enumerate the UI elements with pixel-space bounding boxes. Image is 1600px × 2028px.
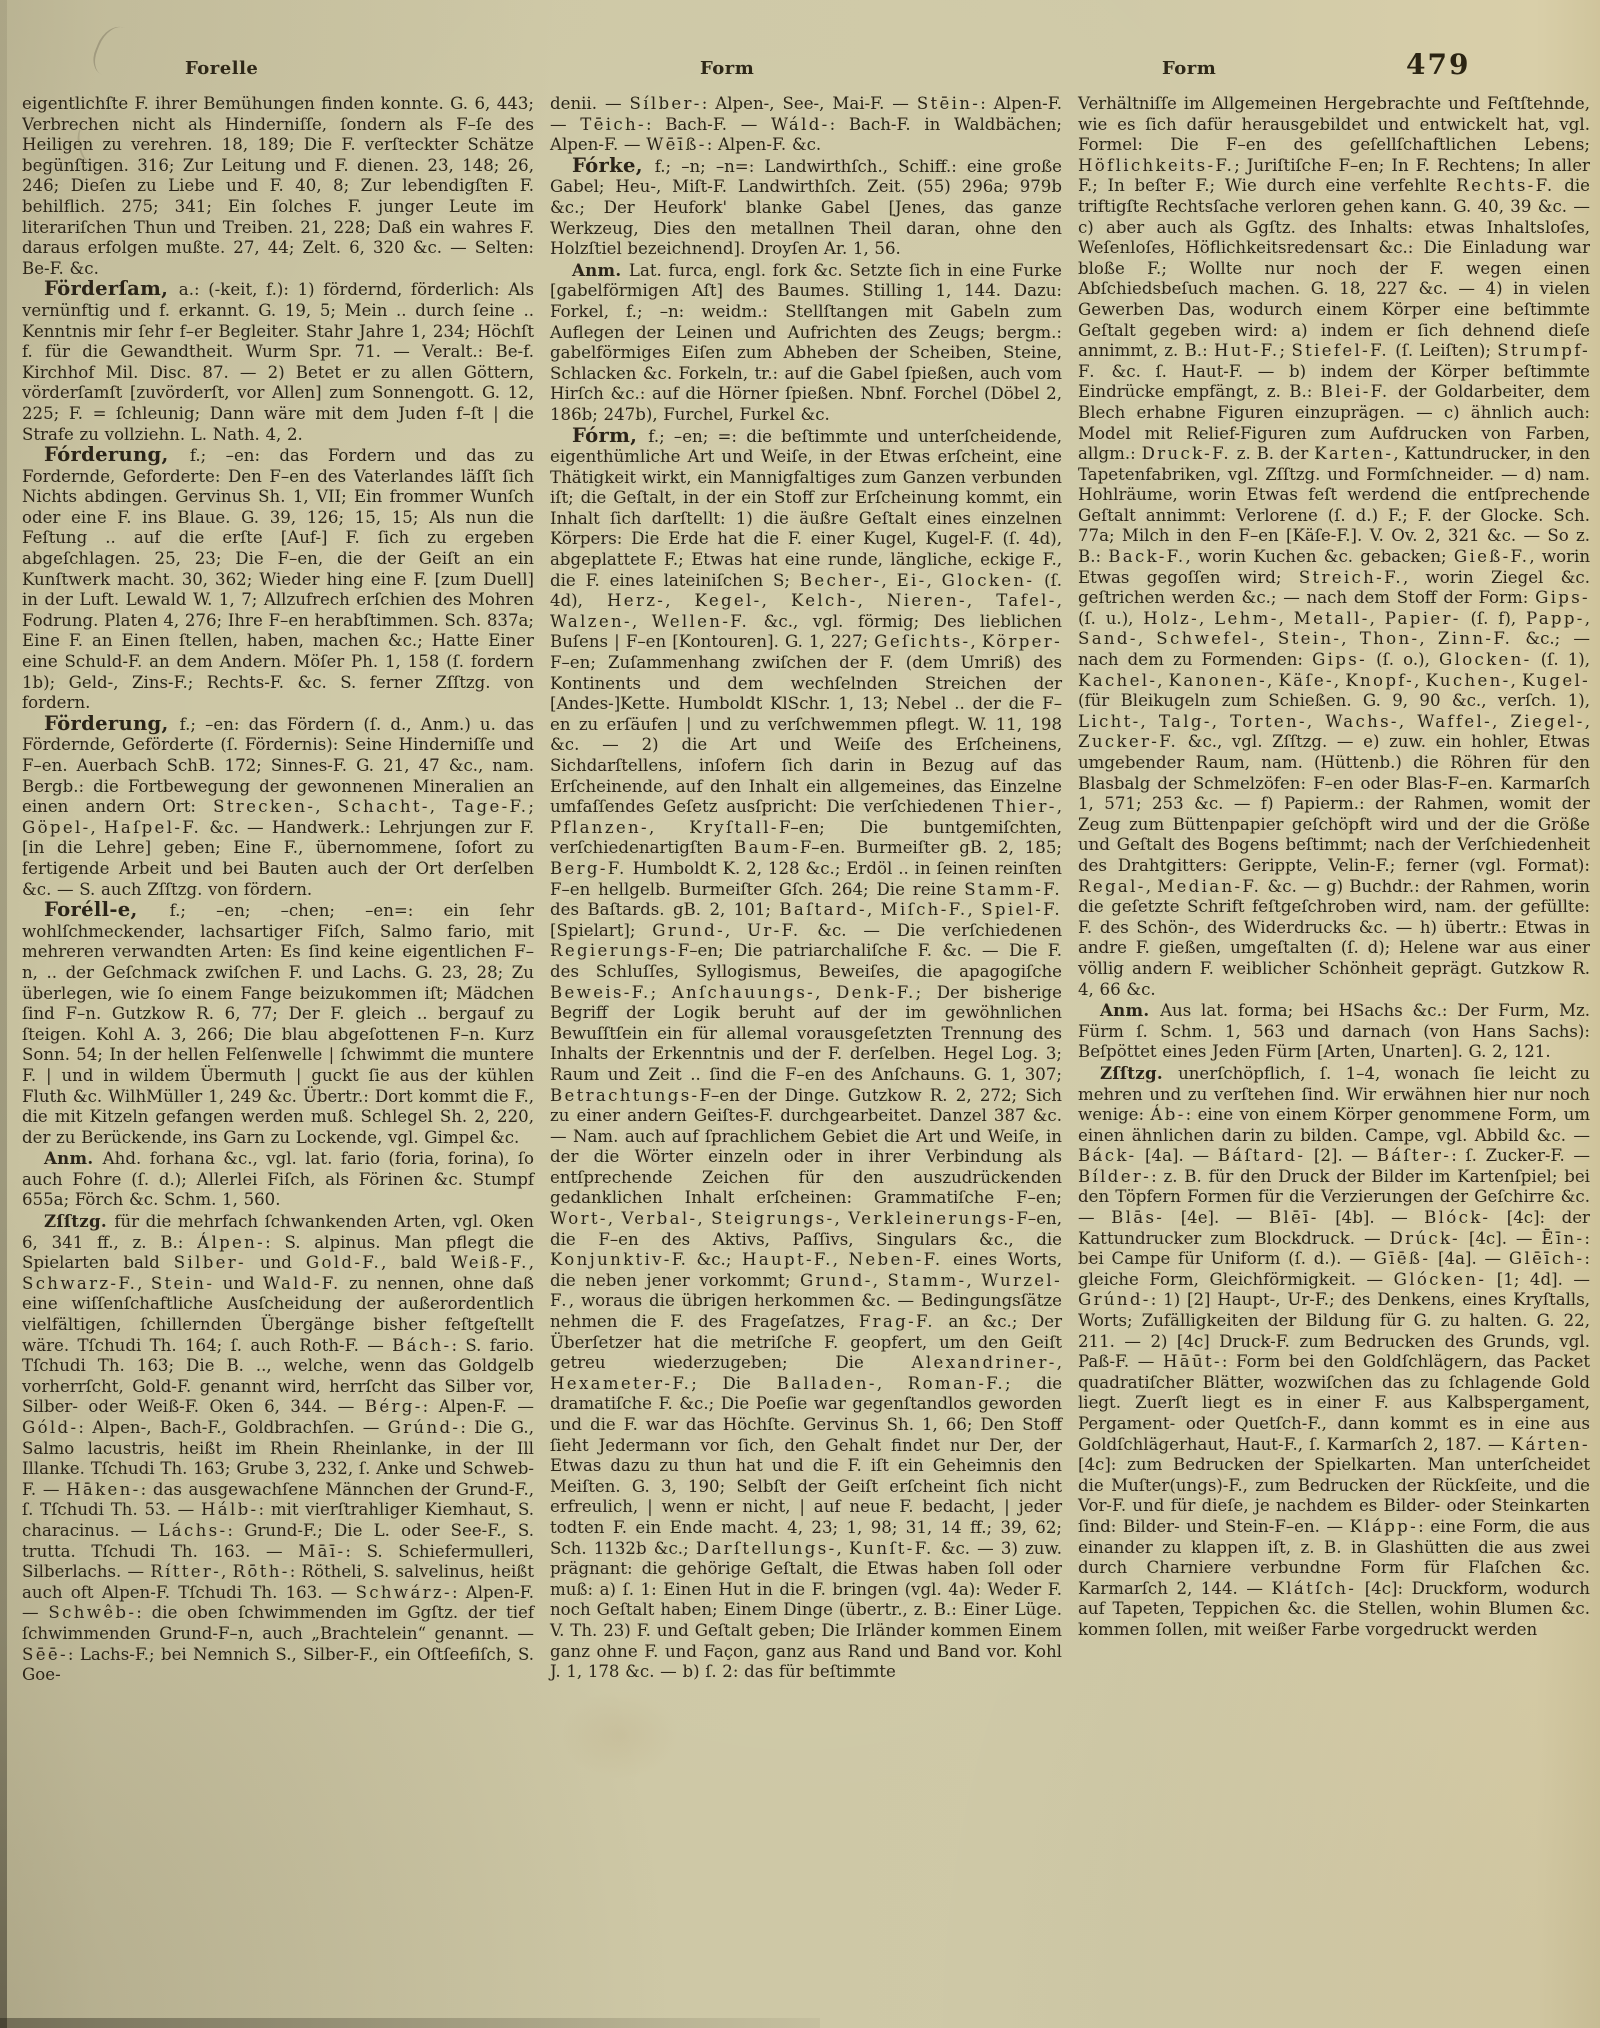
- compound-headword: Darſtellungs-: [696, 1539, 837, 1558]
- compound-headword: Geſichts-: [874, 632, 970, 651]
- compound-headword: Hálb-: [201, 1500, 259, 1519]
- compound-headword: Schwárz-: [356, 1583, 452, 1602]
- compound-headword: Käſe-: [1278, 671, 1333, 690]
- compound-headword: Regierungs-: [550, 941, 678, 960]
- compound-headword: Konjunktiv-: [550, 1250, 672, 1269]
- compound-headword: Schwarz-F.: [22, 1274, 137, 1293]
- compound-headword: Glocken-: [1439, 650, 1532, 669]
- compound-headword: Gold-F.: [306, 1253, 381, 1272]
- compound-headword: Tēich-: [580, 115, 646, 134]
- compound-headword: Áb-: [1150, 1105, 1185, 1124]
- compound-headword: Hāken-: [66, 1480, 140, 1499]
- compound-headword: Körper-: [982, 632, 1062, 651]
- compound-headword: Kelch-: [791, 591, 858, 610]
- compound-headword: Stein-: [1278, 629, 1341, 648]
- compound-headword: Ziegel-: [1510, 712, 1584, 731]
- entry-paragraph: Zſſtzg. unerſchöpflich, ſ. 1–4, wonach ſ…: [1078, 1063, 1590, 1641]
- compound-headword: Gips-: [1312, 650, 1367, 669]
- text-column-2: denii. — Sílber-: Alpen-, See-, Mai-F. —…: [550, 94, 1062, 1904]
- compound-headword: Góld-: [22, 1418, 78, 1437]
- compound-headword: Stiefel-F.: [1291, 341, 1388, 360]
- compound-headword: Kárten-: [1511, 1435, 1590, 1454]
- compound-headword: Torten-: [1230, 712, 1307, 731]
- compound-headword: Verkleinerungs-: [848, 1209, 1016, 1228]
- compound-headword: Druck-F.: [1142, 444, 1231, 463]
- entry-headword: Anm.: [44, 1148, 103, 1168]
- compound-headword: Lehm-: [1214, 609, 1279, 628]
- compound-headword: Grund-: [652, 921, 725, 940]
- entry-paragraph: Fórke, f.; –n; –n=: Landwirthſch., Schif…: [550, 156, 1062, 260]
- compound-headword: Baſtard-: [779, 900, 867, 919]
- compound-headword: Kunſt-F.: [849, 1539, 934, 1558]
- compound-headword: Metall-: [1294, 609, 1370, 628]
- compound-headword: Klápp-: [1350, 1517, 1418, 1536]
- compound-headword: Neben-F.: [849, 1250, 943, 1269]
- compound-headword: Blās-: [1111, 1208, 1164, 1227]
- text-column-3: Verhältniſſe im Allgemeinen Hergebrachte…: [1078, 94, 1590, 1904]
- entry-headword: Zſſtzg.: [44, 1211, 114, 1231]
- page-number: 479: [1406, 48, 1470, 81]
- compound-headword: Zinn-F.: [1438, 629, 1512, 648]
- compound-headword: Glēīch-: [1509, 1249, 1585, 1268]
- pencil-scribble: [88, 21, 143, 83]
- compound-headword: Tage-F.: [452, 797, 528, 816]
- compound-headword: Kegel-: [695, 591, 762, 610]
- compound-headword: Back-F.: [1108, 547, 1185, 566]
- compound-headword: Pflanzen-: [550, 818, 649, 837]
- compound-headword: Schacht-: [338, 797, 430, 816]
- compound-headword: Grúnd-: [1078, 1290, 1151, 1309]
- compound-headword: Verbal-: [621, 1209, 697, 1228]
- compound-headword: Roman-F.: [908, 1374, 1005, 1393]
- entry-headword: Anm.: [1100, 1000, 1160, 1020]
- compound-headword: Grúnd-: [388, 1418, 461, 1437]
- compound-headword: Haſpel-F.: [104, 818, 201, 837]
- entry-headword: Förderſam,: [44, 277, 179, 300]
- compound-headword: Bérg-: [365, 1397, 423, 1416]
- compound-headword: Bílder-: [1078, 1167, 1151, 1186]
- compound-headword: Anſchauungs-: [672, 983, 815, 1002]
- compound-headword: Sand-: [1078, 629, 1138, 648]
- compound-headword: Wachs-: [1325, 712, 1399, 731]
- compound-headword: Klátſch-: [1272, 1579, 1357, 1598]
- compound-headword: Glócken-: [1394, 1270, 1487, 1289]
- compound-headword: Berg-F.: [550, 859, 627, 878]
- compound-headword: Alexandriner-: [912, 1353, 1057, 1372]
- compound-headword: Wellen-F.: [652, 612, 749, 631]
- scan-edge-left: [0, 0, 7, 2028]
- compound-headword: Zucker-F.: [1078, 732, 1178, 751]
- compound-headword: Balladen-: [777, 1374, 877, 1393]
- entry-headword: Anm.: [572, 260, 629, 280]
- compound-headword: Gips-: [1535, 588, 1590, 607]
- compound-headword: Waffel-: [1417, 712, 1492, 731]
- compound-headword: Thon-: [1360, 629, 1420, 648]
- compound-headword: Höflichkeits-F.: [1078, 156, 1234, 175]
- compound-headword: Álpen-: [197, 1233, 265, 1252]
- compound-headword: Rítter-: [150, 1562, 221, 1581]
- compound-headword: Tafel-: [996, 591, 1057, 610]
- entry-headword: Fórderung,: [44, 443, 190, 466]
- compound-headword: Miſch-F.: [881, 900, 968, 919]
- entry-headword: Zſſtzg.: [1100, 1063, 1178, 1083]
- compound-headword: Báſtard-: [1218, 1146, 1306, 1165]
- compound-headword: Herz-: [607, 591, 665, 610]
- entry-paragraph: Förderſam, a.: (-keit, f.): 1) fördernd,…: [22, 279, 534, 445]
- compound-headword: Grund-: [800, 1271, 873, 1290]
- compound-headword: Láchs-: [158, 1521, 227, 1540]
- compound-headword: Báſter-: [1377, 1146, 1452, 1165]
- compound-headword: Haupt-F.: [742, 1250, 833, 1269]
- compound-headword: Kugel-: [1522, 671, 1590, 690]
- entry-headword: Foréll-e,: [44, 898, 170, 921]
- running-head-left: Forelle: [185, 58, 258, 79]
- compound-headword: Stamm-: [888, 1271, 967, 1290]
- compound-headword: Stēin-: [917, 94, 980, 113]
- entry-paragraph: Anm. Ahd. forhana &c., vgl. lat. fario (…: [22, 1148, 534, 1211]
- compound-headword: Licht-: [1078, 712, 1141, 731]
- compound-headword: Báck-: [1078, 1146, 1136, 1165]
- paragraph-continuation: eigentlichſte F. ihrer Bemühungen finden…: [22, 94, 534, 279]
- compound-headword: Hut-F.: [1214, 341, 1280, 360]
- compound-headword: Kachel-: [1078, 671, 1157, 690]
- compound-headword: Papp-: [1526, 609, 1585, 628]
- compound-headword: Denk-F.: [836, 983, 916, 1002]
- text-columns: eigentlichſte F. ihrer Bemühungen finden…: [22, 94, 1590, 1904]
- compound-headword: Papier-: [1385, 609, 1461, 628]
- compound-headword: Drúck-: [1389, 1229, 1460, 1248]
- entry-headword: Förderung,: [44, 712, 180, 735]
- paragraph-continuation: denii. — Sílber-: Alpen-, See-, Mai-F. —…: [550, 94, 1062, 156]
- compound-headword: Spiel-F.: [981, 900, 1062, 919]
- compound-headword: Māī-: [298, 1542, 345, 1561]
- compound-headword: Kryſtall-: [689, 818, 779, 837]
- compound-headword: Silber-: [174, 1253, 246, 1272]
- compound-headword: Kanonen-: [1169, 671, 1267, 690]
- compound-headword: Sēē-: [22, 1645, 68, 1664]
- compound-headword: Göpel-: [22, 818, 91, 837]
- compound-headword: Blei-F.: [1321, 382, 1390, 401]
- compound-headword: Wald-F.: [263, 1274, 341, 1293]
- compound-headword: Rōth-: [233, 1562, 290, 1581]
- compound-headword: Karten-: [1314, 444, 1393, 463]
- dictionary-page-scan: Forelle Form Form 479 eigentlichſte F. i…: [0, 0, 1600, 2028]
- compound-headword: Blóck-: [1424, 1208, 1490, 1227]
- compound-headword: Betrachtungs-: [550, 1086, 700, 1105]
- compound-headword: Wēīß-: [646, 135, 707, 154]
- compound-headword: Regal-: [1078, 877, 1146, 896]
- compound-headword: Median-F.: [1157, 877, 1261, 896]
- entry-paragraph: Förderung, f.; –en: das Fördern (ſ. d., …: [22, 714, 534, 900]
- compound-headword: Hāūt-: [1163, 1352, 1222, 1371]
- compound-headword: Frag-F.: [859, 1312, 935, 1331]
- compound-headword: Ei-: [897, 571, 927, 590]
- compound-headword: Baum-: [734, 838, 800, 857]
- compound-headword: Nieren-: [887, 591, 967, 610]
- compound-headword: Streich-F.: [1299, 568, 1403, 587]
- compound-headword: Rechts-F.: [1456, 176, 1554, 195]
- compound-headword: Ur-F.: [747, 921, 800, 940]
- compound-headword: Knopf-: [1345, 671, 1414, 690]
- entry-paragraph: Anm. Lat. furca, engl. fork &c. Setzte ſ…: [550, 260, 1062, 426]
- compound-headword: Sílber-: [630, 94, 702, 113]
- compound-headword: Stein-: [151, 1274, 214, 1293]
- running-head-center: Form: [700, 58, 754, 79]
- compound-headword: Hexameter-F.: [550, 1374, 691, 1393]
- compound-headword: Bách-: [392, 1336, 451, 1355]
- compound-headword: Walzen-: [550, 612, 632, 631]
- entry-paragraph: Zſſtzg. für die mehrfach ſchwankenden Ar…: [22, 1211, 534, 1686]
- compound-headword: Stamm-F.: [964, 880, 1062, 899]
- entry-paragraph: Fórm, f.; –en; =: die beſtimmte und unte…: [550, 426, 1062, 1683]
- compound-headword: Schwefel-: [1156, 629, 1259, 648]
- compound-headword: Thier-: [992, 797, 1056, 816]
- compound-headword: Gīēß-: [1374, 1249, 1431, 1268]
- running-head-right: Form: [1162, 58, 1216, 79]
- paragraph-continuation: Verhältniſſe im Allgemeinen Hergebrachte…: [1078, 94, 1590, 1000]
- compound-headword: Holz-: [1143, 609, 1199, 628]
- compound-headword: Wort-: [550, 1209, 608, 1228]
- text-column-1: eigentlichſte F. ihrer Bemühungen finden…: [22, 94, 534, 1904]
- compound-headword: Schwêb-: [48, 1603, 136, 1622]
- compound-headword: Becher-: [800, 571, 882, 590]
- entry-paragraph: Anm. Aus lat. forma; bei HSachs &c.: Der…: [1078, 1000, 1590, 1063]
- entry-paragraph: Foréll-e, f.; –en; –chen; –en=: ein ſehr…: [22, 900, 534, 1148]
- compound-headword: Wáld-: [771, 115, 830, 134]
- compound-headword: Weiß-F.: [451, 1253, 529, 1272]
- compound-headword: Kuchen-: [1426, 671, 1511, 690]
- entry-paragraph: Fórderung, f.; –en: das Fordern und das …: [22, 445, 534, 714]
- entry-headword: Fórm,: [572, 424, 648, 447]
- compound-headword: Beweis-F.: [550, 983, 651, 1002]
- compound-headword: Steigrungs-: [711, 1209, 834, 1228]
- compound-headword: Gieß-F.: [1454, 547, 1530, 566]
- compound-headword: Ēīn-: [1541, 1229, 1584, 1248]
- compound-headword: Glocken-: [942, 571, 1035, 590]
- compound-headword: Blēī-: [1269, 1208, 1319, 1227]
- compound-headword: Talg-: [1159, 712, 1212, 731]
- entry-headword: Fórke,: [572, 154, 655, 177]
- scan-edge-bottom: [0, 2018, 820, 2028]
- compound-headword: Strecken-: [213, 797, 315, 816]
